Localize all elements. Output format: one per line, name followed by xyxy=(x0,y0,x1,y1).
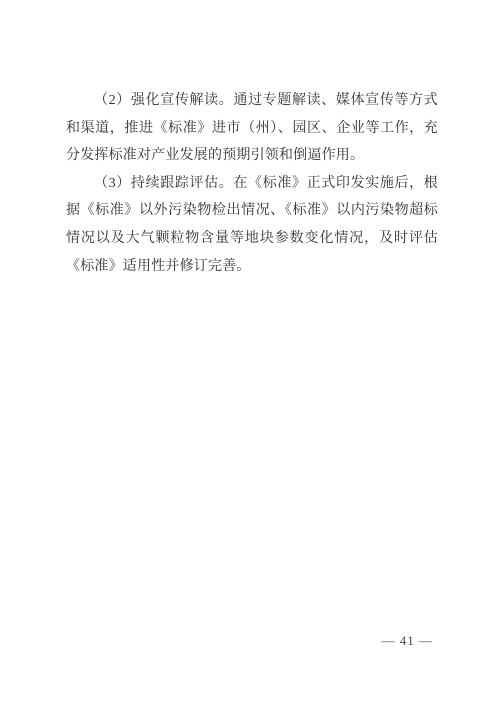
page-number: — 41 — xyxy=(382,633,434,649)
paragraph-continuous-tracking: （3）持续跟踪评估。在《标准》正式印发实施后，根据《标准》以外污染物检出情况、《… xyxy=(66,170,438,280)
text-content: （2）强化宣传解读。通过专题解读、媒体宣传等方式和渠道，推进《标准》进市（州）、… xyxy=(66,87,438,280)
paragraph-strengthen-publicity: （2）强化宣传解读。通过专题解读、媒体宣传等方式和渠道，推进《标准》进市（州）、… xyxy=(66,87,438,170)
document-page: （2）强化宣传解读。通过专题解读、媒体宣传等方式和渠道，推进《标准》进市（州）、… xyxy=(0,0,500,707)
